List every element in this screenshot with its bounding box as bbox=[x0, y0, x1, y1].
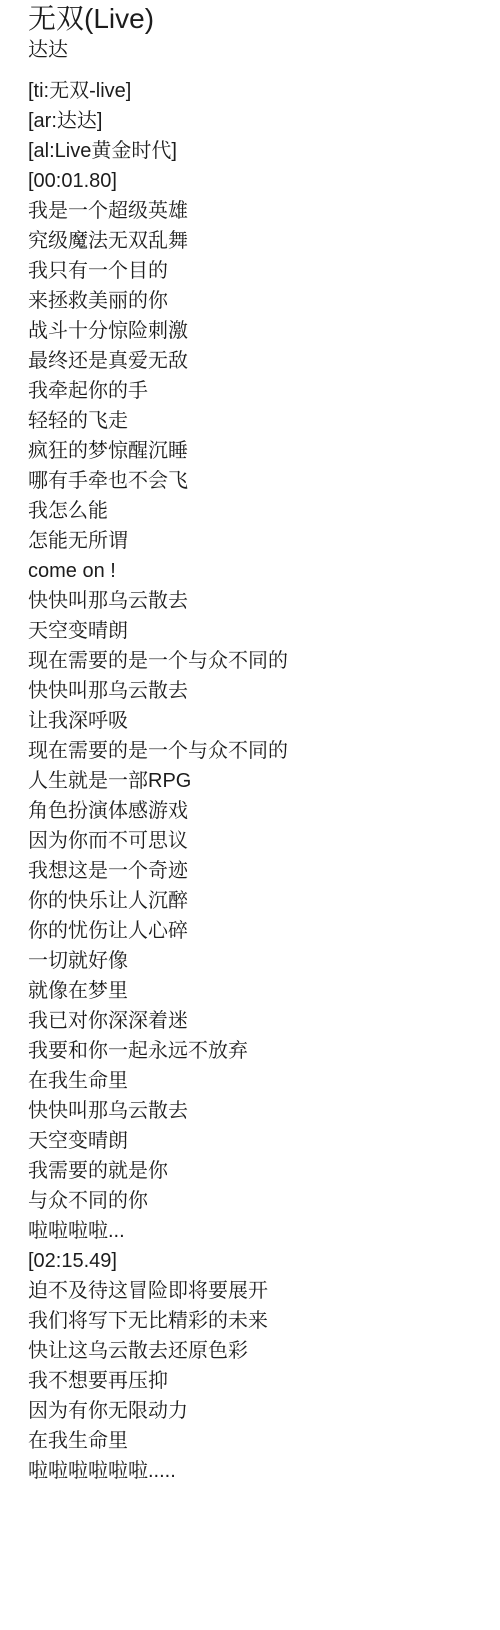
lyric-line: come on ! bbox=[28, 556, 490, 586]
lyric-line: 让我深呼吸 bbox=[28, 706, 490, 736]
lyric-line: 角色扮演体感游戏 bbox=[28, 796, 490, 826]
lyric-line: 天空变晴朗 bbox=[28, 616, 490, 646]
lyric-line: 你的快乐让人沉醉 bbox=[28, 886, 490, 916]
lyric-line: 与众不同的你 bbox=[28, 1186, 490, 1216]
lyric-line: 疯狂的梦惊醒沉睡 bbox=[28, 436, 490, 466]
lyric-line: 我怎么能 bbox=[28, 496, 490, 526]
lyric-line: [al:Live黄金时代] bbox=[28, 136, 490, 166]
lyric-line: 就像在梦里 bbox=[28, 976, 490, 1006]
lyric-line: 快让这乌云散去还原色彩 bbox=[28, 1336, 490, 1366]
lyric-line: 我是一个超级英雄 bbox=[28, 196, 490, 226]
lyric-line: 战斗十分惊险刺激 bbox=[28, 316, 490, 346]
lyric-line: 轻轻的飞走 bbox=[28, 406, 490, 436]
lyrics-page: 无双(Live) 达达 [ti:无双-live][ar:达达][al:Live黄… bbox=[0, 0, 500, 1486]
lyric-line: 最终还是真爱无敌 bbox=[28, 346, 490, 376]
lyric-line: 我想这是一个奇迹 bbox=[28, 856, 490, 886]
lyric-line: 究级魔法无双乱舞 bbox=[28, 226, 490, 256]
lyric-line: 因为你而不可思议 bbox=[28, 826, 490, 856]
lyric-line: 快快叫那乌云散去 bbox=[28, 586, 490, 616]
artist-name: 达达 bbox=[28, 38, 490, 62]
lyric-line: 我们将写下无比精彩的未来 bbox=[28, 1306, 490, 1336]
song-title: 无双(Live) bbox=[28, 0, 490, 38]
lyric-line: 快快叫那乌云散去 bbox=[28, 676, 490, 706]
lyrics-container: [ti:无双-live][ar:达达][al:Live黄金时代][00:01.8… bbox=[28, 76, 490, 1486]
lyric-line: 怎能无所谓 bbox=[28, 526, 490, 556]
lyric-line: [02:15.49] bbox=[28, 1246, 490, 1276]
lyric-line: 我需要的就是你 bbox=[28, 1156, 490, 1186]
lyric-line: 啦啦啦啦... bbox=[28, 1216, 490, 1246]
lyric-line: 因为有你无限动力 bbox=[28, 1396, 490, 1426]
lyric-line: 我已对你深深着迷 bbox=[28, 1006, 490, 1036]
lyric-line: 一切就好像 bbox=[28, 946, 490, 976]
lyric-line: 我牵起你的手 bbox=[28, 376, 490, 406]
lyric-line: [00:01.80] bbox=[28, 166, 490, 196]
lyric-line: 啦啦啦啦啦啦..... bbox=[28, 1456, 490, 1486]
lyric-line: 在我生命里 bbox=[28, 1066, 490, 1096]
lyric-line: 现在需要的是一个与众不同的 bbox=[28, 736, 490, 766]
lyric-line: 人生就是一部RPG bbox=[28, 766, 490, 796]
lyric-line: 我不想要再压抑 bbox=[28, 1366, 490, 1396]
lyric-line: 来拯救美丽的你 bbox=[28, 286, 490, 316]
lyric-line: 现在需要的是一个与众不同的 bbox=[28, 646, 490, 676]
lyric-line: 迫不及待这冒险即将要展开 bbox=[28, 1276, 490, 1306]
lyric-line: 哪有手牵也不会飞 bbox=[28, 466, 490, 496]
lyric-line: 我要和你一起永远不放弃 bbox=[28, 1036, 490, 1066]
lyric-line: 在我生命里 bbox=[28, 1426, 490, 1456]
lyric-line: [ti:无双-live] bbox=[28, 76, 490, 106]
lyric-line: 天空变晴朗 bbox=[28, 1126, 490, 1156]
lyric-line: 快快叫那乌云散去 bbox=[28, 1096, 490, 1126]
lyric-line: 你的忧伤让人心碎 bbox=[28, 916, 490, 946]
lyric-line: 我只有一个目的 bbox=[28, 256, 490, 286]
lyric-line: [ar:达达] bbox=[28, 106, 490, 136]
